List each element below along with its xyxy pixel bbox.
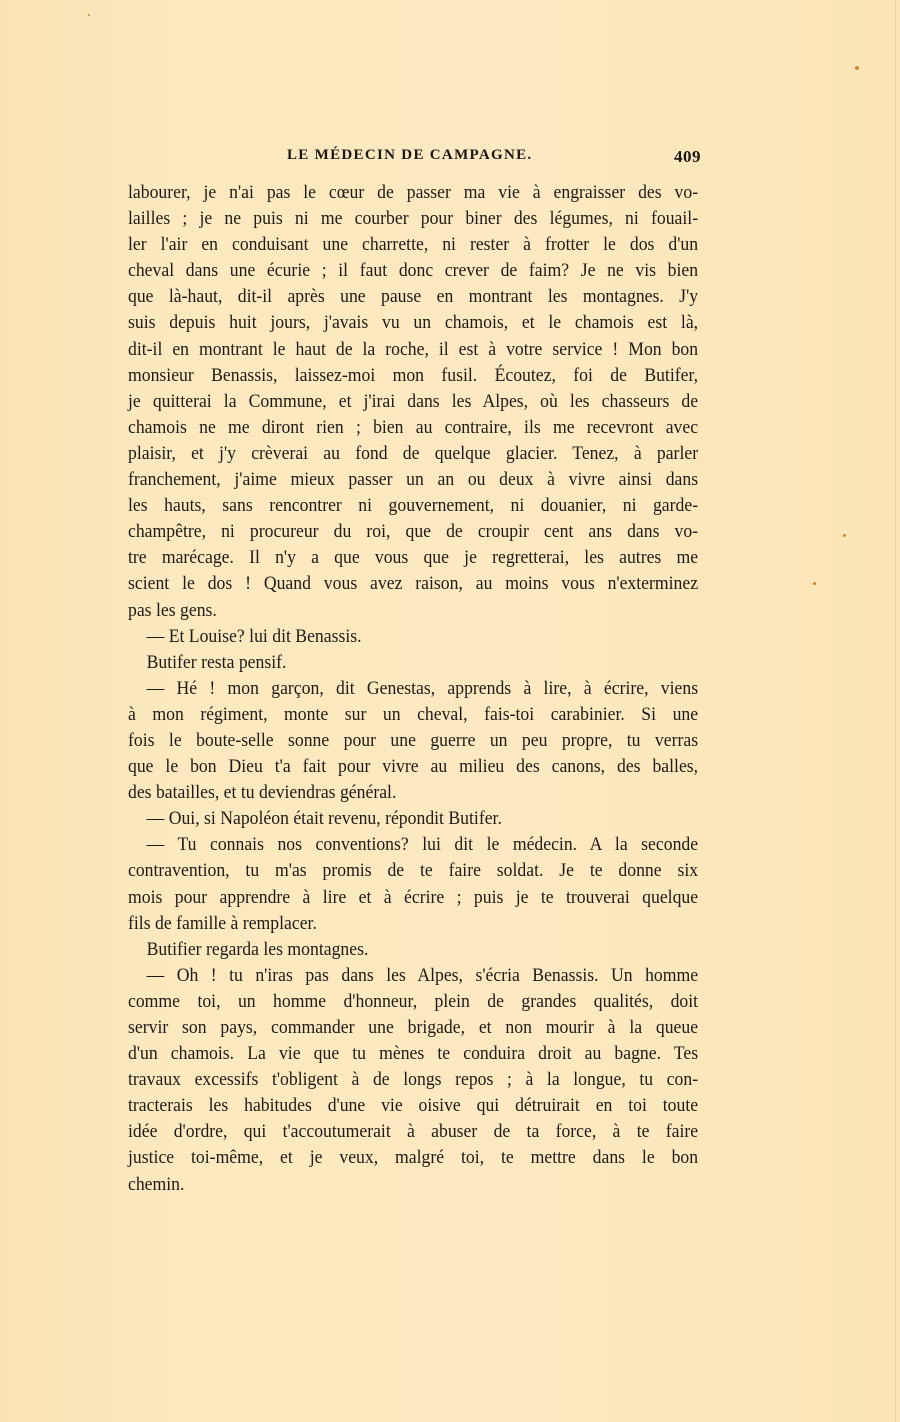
running-header: LE MÉDECIN DE CAMPAGNE. 409 <box>287 147 701 169</box>
text-line: que là-haut, dit-il après une pause en m… <box>128 284 698 310</box>
text-line: — Oh ! tu n'iras pas dans les Alpes, s'é… <box>128 963 698 989</box>
body-text: labourer, je n'ai pas le cœur de passer … <box>128 180 698 1198</box>
running-title: LE MÉDECIN DE CAMPAGNE. <box>287 147 532 164</box>
paper-speck <box>813 582 816 585</box>
text-line: chamois ne me diront rien ; bien au cont… <box>128 415 698 441</box>
text-line: je quitterai la Commune, et j'irai dans … <box>128 389 698 415</box>
text-line: suis depuis huit jours, j'avais vu un ch… <box>128 310 698 336</box>
paper-speck <box>88 14 90 16</box>
text-line: champêtre, ni procureur du roi, que de c… <box>128 519 698 545</box>
text-line: scient le dos ! Quand vous avez raison, … <box>128 571 698 597</box>
text-line: pas les gens. <box>128 598 698 624</box>
text-line: ler l'air en conduisant une charrette, n… <box>128 232 698 258</box>
text-line: mois pour apprendre à lire et à écrire ;… <box>128 885 698 911</box>
text-line: travaux excessifs t'obligent à de longs … <box>128 1067 698 1093</box>
paper-speck <box>843 534 846 537</box>
page-number: 409 <box>674 147 701 167</box>
text-line: Butifier regarda les montagnes. <box>128 937 698 963</box>
text-line: les hauts, sans rencontrer ni gouverneme… <box>128 493 698 519</box>
text-line: des batailles, et tu deviendras général. <box>128 780 698 806</box>
text-line: plaisir, et j'y crèverai au fond de quel… <box>128 441 698 467</box>
text-line: monsieur Benassis, laissez-moi mon fusil… <box>128 363 698 389</box>
text-line: franchement, j'aime mieux passer un an o… <box>128 467 698 493</box>
text-line: chemin. <box>128 1172 698 1198</box>
text-line: servir son pays, commander une brigade, … <box>128 1015 698 1041</box>
text-line: — Hé ! mon garçon, dit Genestas, apprend… <box>128 676 698 702</box>
text-line: dit-il en montrant le haut de la roche, … <box>128 337 698 363</box>
text-line: tre marécage. Il n'y a que vous que je r… <box>128 545 698 571</box>
text-line: que le bon Dieu t'a fait pour vivre au m… <box>128 754 698 780</box>
text-line: lailles ; je ne puis ni me courber pour … <box>128 206 698 232</box>
text-line: à mon régiment, monte sur un cheval, fai… <box>128 702 698 728</box>
paper-speck <box>855 66 859 70</box>
book-page: LE MÉDECIN DE CAMPAGNE. 409 labourer, je… <box>0 0 900 1422</box>
text-line: contravention, tu m'as promis de te fair… <box>128 858 698 884</box>
text-line: comme toi, un homme d'honneur, plein de … <box>128 989 698 1015</box>
text-line: fois le boute-selle sonne pour une guerr… <box>128 728 698 754</box>
text-line: justice toi-même, et je veux, malgré toi… <box>128 1145 698 1171</box>
text-line: fils de famille à remplacer. <box>128 911 698 937</box>
text-line: labourer, je n'ai pas le cœur de passer … <box>128 180 698 206</box>
text-line: Butifer resta pensif. <box>128 650 698 676</box>
text-line: — Et Louise? lui dit Benassis. <box>128 624 698 650</box>
text-line: tracterais les habitudes d'une vie oisiv… <box>128 1093 698 1119</box>
text-line: — Tu connais nos conventions? lui dit le… <box>128 832 698 858</box>
text-line: cheval dans une écurie ; il faut donc cr… <box>128 258 698 284</box>
text-line: idée d'ordre, qui t'accoutumerait à abus… <box>128 1119 698 1145</box>
text-line: d'un chamois. La vie que tu mènes te con… <box>128 1041 698 1067</box>
text-line: — Oui, si Napoléon était revenu, répondi… <box>128 806 698 832</box>
